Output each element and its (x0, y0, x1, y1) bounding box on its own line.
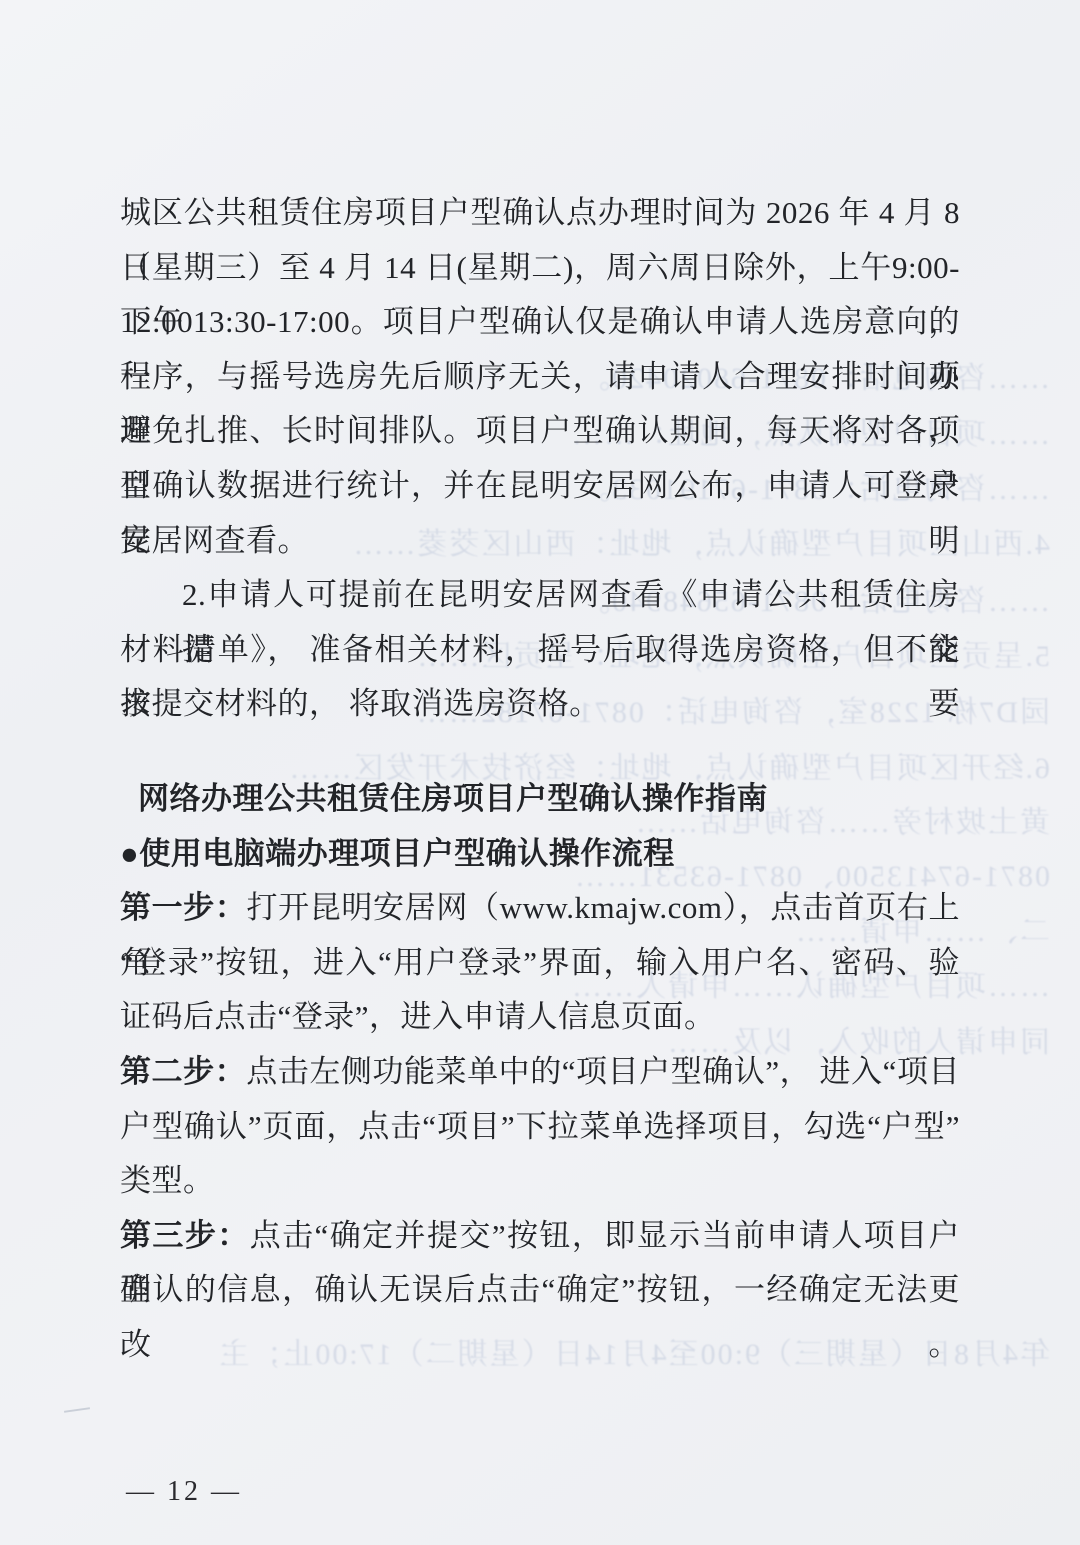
text-line: 第二步：点击左侧功能菜单中的“项目户型确认”， 进入“项目 (120, 1045, 960, 1100)
text-run: 类型。 (120, 1163, 215, 1198)
text-line: 网络办理公共租赁住房项目户型确认操作指南 (120, 772, 960, 827)
text-line: 下午 13:30-17:00。项目户型确认仅是确认申请人选房意向的一项 (120, 295, 960, 350)
scanned-page: ……咨询电话：0871-68020420。……项目户型确认点，地址：…………咨询… (0, 0, 1080, 1545)
text-run: 户型确认”页面，点击“项目”下拉菜单选择项目，勾选“户型” (120, 1109, 960, 1144)
text-line: “登录”按钮，进入“用户登录”界面，输入用户名、密码、验 (120, 936, 960, 991)
text-line: 材料清单》， 准备相关材料，摇号后取得选房资格，但不能按要 (120, 623, 960, 678)
text-run: 确认的信息，确认无误后点击“确定”按钮，一经确定无法更改。 (120, 1272, 960, 1362)
text-run: “登录”按钮，进入“用户登录”界面，输入用户名、密码、验 (120, 945, 960, 980)
bold-run: 第三步： (120, 1218, 250, 1253)
text-line: 避免扎推、长时间排队。项目户型确认期间，每天将对各项目户 (120, 404, 960, 459)
text-line: 类型。 (120, 1154, 960, 1209)
text-line: 第一步：打开昆明安居网（www.kmajw.com），点击首页右上角 (120, 881, 960, 936)
text-line: 证码后点击“登录”，进入申请人信息页面。 (120, 990, 960, 1045)
text-line: 第三步：点击“确定并提交”按钮，即显示当前申请人项目户型 (120, 1209, 960, 1264)
text-line: 确认的信息，确认无误后点击“确定”按钮，一经确定无法更改。 (120, 1263, 960, 1318)
bold-run: 网络办理公共租赁住房项目户型确认操作指南 (138, 781, 768, 816)
page-number: — 12 — (126, 1476, 242, 1508)
text-run: 证码后点击“登录”，进入申请人信息页面。 (120, 999, 716, 1034)
text-line: 2.申请人可提前在昆明安居网查看《申请公共租赁住房提交 (120, 568, 960, 623)
bold-run: 第一步： (120, 890, 247, 925)
text-line: 城区公共租赁住房项目户型确认点办理时间为 2026 年 4 月 8 日 (120, 186, 960, 241)
text-line: （星期三）至 4 月 14 日(星期二)，周六周日除外，上午9:00-12:00… (120, 241, 960, 296)
text-line: 型确认数据进行统计，并在昆明安居网公布，申请人可登录昆明 (120, 459, 960, 514)
document-text: 城区公共租赁住房项目户型确认点办理时间为 2026 年 4 月 8 日（星期三）… (120, 186, 960, 1318)
text-line: ●使用电脑端办理项目户型确认操作流程 (120, 827, 960, 882)
text-line: 程序，与摇号选房先后顺序无关，请申请人合理安排时间办理， (120, 350, 960, 405)
text-run: 安居网查看。 (120, 523, 309, 558)
bold-run: 第二步： (120, 1054, 246, 1089)
text-run: 点击左侧功能菜单中的“项目户型确认”， 进入“项目 (246, 1054, 960, 1089)
text-run: 求提交材料的， 将取消选房资格。 (120, 686, 601, 721)
bold-run: ●使用电脑端办理项目户型确认操作流程 (120, 836, 675, 871)
text-line: 户型确认”页面，点击“项目”下拉菜单选择项目，勾选“户型” (120, 1100, 960, 1155)
scan-artifact-mark (64, 1407, 90, 1413)
